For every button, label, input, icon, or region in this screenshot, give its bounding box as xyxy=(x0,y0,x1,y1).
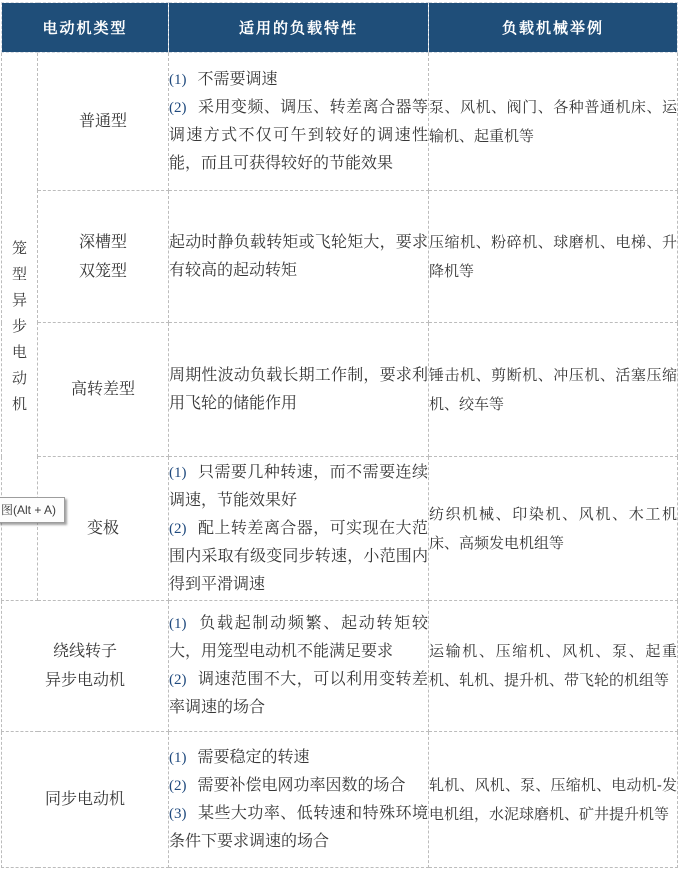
characteristics-cell: (1)不需要调速 (2)采用变频、调压、转差离合器等调速方式不仅可午到较好的调速… xyxy=(169,53,429,191)
shortcut-tooltip: 图(Alt + A) xyxy=(0,497,65,523)
characteristic-text: 配上转差离合器，可实现在大范围内采取有级变同步转速，小范围内得到平滑调速 xyxy=(169,520,428,593)
table-row: 同步电动机 (1)需要稳定的转速 (2)需要补偿电网功率因数的场合 (3)某些大… xyxy=(2,732,678,868)
table-row: 笼型异步电动机 普通型 (1)不需要调速 (2)采用变频、调压、转差离合器等调速… xyxy=(2,53,678,191)
list-number: (3) xyxy=(169,806,187,822)
type-cell-pole-changing: 变极 xyxy=(38,457,169,601)
characteristic-item: (2)需要补偿电网功率因数的场合 xyxy=(169,772,428,800)
characteristic-text: 不需要调速 xyxy=(198,71,278,88)
characteristic-item: (1)需要稳定的转速 xyxy=(169,744,428,772)
characteristics-cell: (1)负载起制动频繁、起动转矩较大，用笼型电动机不能满足要求 (2)调速范围不大… xyxy=(169,601,429,732)
examples-cell: 压缩机、粉碎机、球磨机、电梯、升降机等 xyxy=(429,191,678,323)
characteristic-text: 采用变频、调压、转差离合器等调速方式不仅可午到较好的调速性能，而且可获得较好的节… xyxy=(169,99,428,172)
characteristics-cell: 周期性波动负载长期工作制，要求利用飞轮的储能作用 xyxy=(169,323,429,457)
characteristic-item: (2)调速范围不大，可以利用变转差率调速的场合 xyxy=(169,666,428,722)
list-number: (1) xyxy=(169,750,187,766)
header-machinery-examples: 负载机械举例 xyxy=(429,3,678,53)
group-label-vertical: 笼型异步电动机 xyxy=(11,236,28,418)
characteristic-item: 周期性波动负载长期工作制，要求利用飞轮的储能作用 xyxy=(169,362,428,418)
characteristic-text: 起动时静负载转矩或飞轮矩大，要求有较高的起动转矩 xyxy=(169,234,428,279)
tooltip-text: 图(Alt + A) xyxy=(1,503,56,517)
examples-cell: 锤击机、剪断机、冲压机、活塞压缩机、绞车等 xyxy=(429,323,678,457)
motor-selection-table: 电动机类型 适用的负载特性 负载机械举例 笼型异步电动机 普通型 (1)不需要调… xyxy=(1,2,678,868)
table-row: 深槽型 双笼型 起动时静负载转矩或飞轮矩大，要求有较高的起动转矩 压缩机、粉碎机… xyxy=(2,191,678,323)
header-motor-type: 电动机类型 xyxy=(2,3,169,53)
characteristic-item: (1)负载起制动频繁、起动转矩较大，用笼型电动机不能满足要求 xyxy=(169,610,428,666)
list-number: (2) xyxy=(169,100,187,116)
table-row: 绕线转子 异步电动机 (1)负载起制动频繁、起动转矩较大，用笼型电动机不能满足要… xyxy=(2,601,678,732)
document-page: 电动机类型 适用的负载特性 负载机械举例 笼型异步电动机 普通型 (1)不需要调… xyxy=(0,0,684,870)
characteristics-cell: 起动时静负载转矩或飞轮矩大，要求有较高的起动转矩 xyxy=(169,191,429,323)
type-cell-synchronous: 同步电动机 xyxy=(2,732,169,868)
characteristic-text: 需要补偿电网功率因数的场合 xyxy=(198,777,406,794)
characteristic-text: 某些大功率、低转速和特殊环境条件下要求调速的场合 xyxy=(169,805,428,850)
characteristic-text: 调速范围不大，可以利用变转差率调速的场合 xyxy=(169,671,428,716)
table-row: 变极 (1)只需要几种转速，而不需要连续调速，节能效果好 (2)配上转差离合器，… xyxy=(2,457,678,601)
type-cell-wound-rotor-async: 绕线转子 异步电动机 xyxy=(2,601,169,732)
list-number: (2) xyxy=(169,778,187,794)
characteristic-item: (1)只需要几种转速，而不需要连续调速，节能效果好 xyxy=(169,459,428,515)
characteristics-cell: (1)需要稳定的转速 (2)需要补偿电网功率因数的场合 (3)某些大功率、低转速… xyxy=(169,732,429,868)
examples-cell: 轧机、风机、泵、压缩机、电动机-发电机组，水泥球磨机、矿井提升机等 xyxy=(429,732,678,868)
type-cell-high-slip: 高转差型 xyxy=(38,323,169,457)
characteristic-text: 周期性波动负载长期工作制，要求利用飞轮的储能作用 xyxy=(169,367,428,412)
characteristic-text: 只需要几种转速，而不需要连续调速，节能效果好 xyxy=(169,464,428,509)
table-row: 高转差型 周期性波动负载长期工作制，要求利用飞轮的储能作用 锤击机、剪断机、冲压… xyxy=(2,323,678,457)
characteristic-item: (3)某些大功率、低转速和特殊环境条件下要求调速的场合 xyxy=(169,800,428,856)
characteristic-text: 需要稳定的转速 xyxy=(198,749,310,766)
list-number: (2) xyxy=(169,672,187,688)
characteristics-cell: (1)只需要几种转速，而不需要连续调速，节能效果好 (2)配上转差离合器，可实现… xyxy=(169,457,429,601)
examples-cell: 运输机、压缩机、风机、泵、起重机、轧机、提升机、带飞轮的机组等 xyxy=(429,601,678,732)
list-number: (1) xyxy=(169,616,187,632)
type-cell-deep-slot-double-cage: 深槽型 双笼型 xyxy=(38,191,169,323)
characteristic-item: (2)配上转差离合器，可实现在大范围内采取有级变同步转速，小范围内得到平滑调速 xyxy=(169,515,428,599)
type-cell-ordinary: 普通型 xyxy=(38,53,169,191)
list-number: (1) xyxy=(169,465,187,481)
motor-selection-table-wrap: 电动机类型 适用的负载特性 负载机械举例 笼型异步电动机 普通型 (1)不需要调… xyxy=(1,2,678,868)
characteristic-item: (2)采用变频、调压、转差离合器等调速方式不仅可午到较好的调速性能，而且可获得较… xyxy=(169,94,428,178)
list-number: (2) xyxy=(169,521,187,537)
characteristic-item: 起动时静负载转矩或飞轮矩大，要求有较高的起动转矩 xyxy=(169,229,428,285)
characteristic-item: (1)不需要调速 xyxy=(169,66,428,94)
list-number: (1) xyxy=(169,72,187,88)
examples-cell: 纺织机械、印染机、风机、木工机床、高频发电机组等 xyxy=(429,457,678,601)
header-load-characteristics: 适用的负载特性 xyxy=(169,3,429,53)
header-row: 电动机类型 适用的负载特性 负载机械举例 xyxy=(2,3,678,53)
examples-cell: 泵、风机、阀门、各种普通机床、运输机、起重机等 xyxy=(429,53,678,191)
characteristic-text: 负载起制动频繁、起动转矩较大，用笼型电动机不能满足要求 xyxy=(169,615,428,660)
